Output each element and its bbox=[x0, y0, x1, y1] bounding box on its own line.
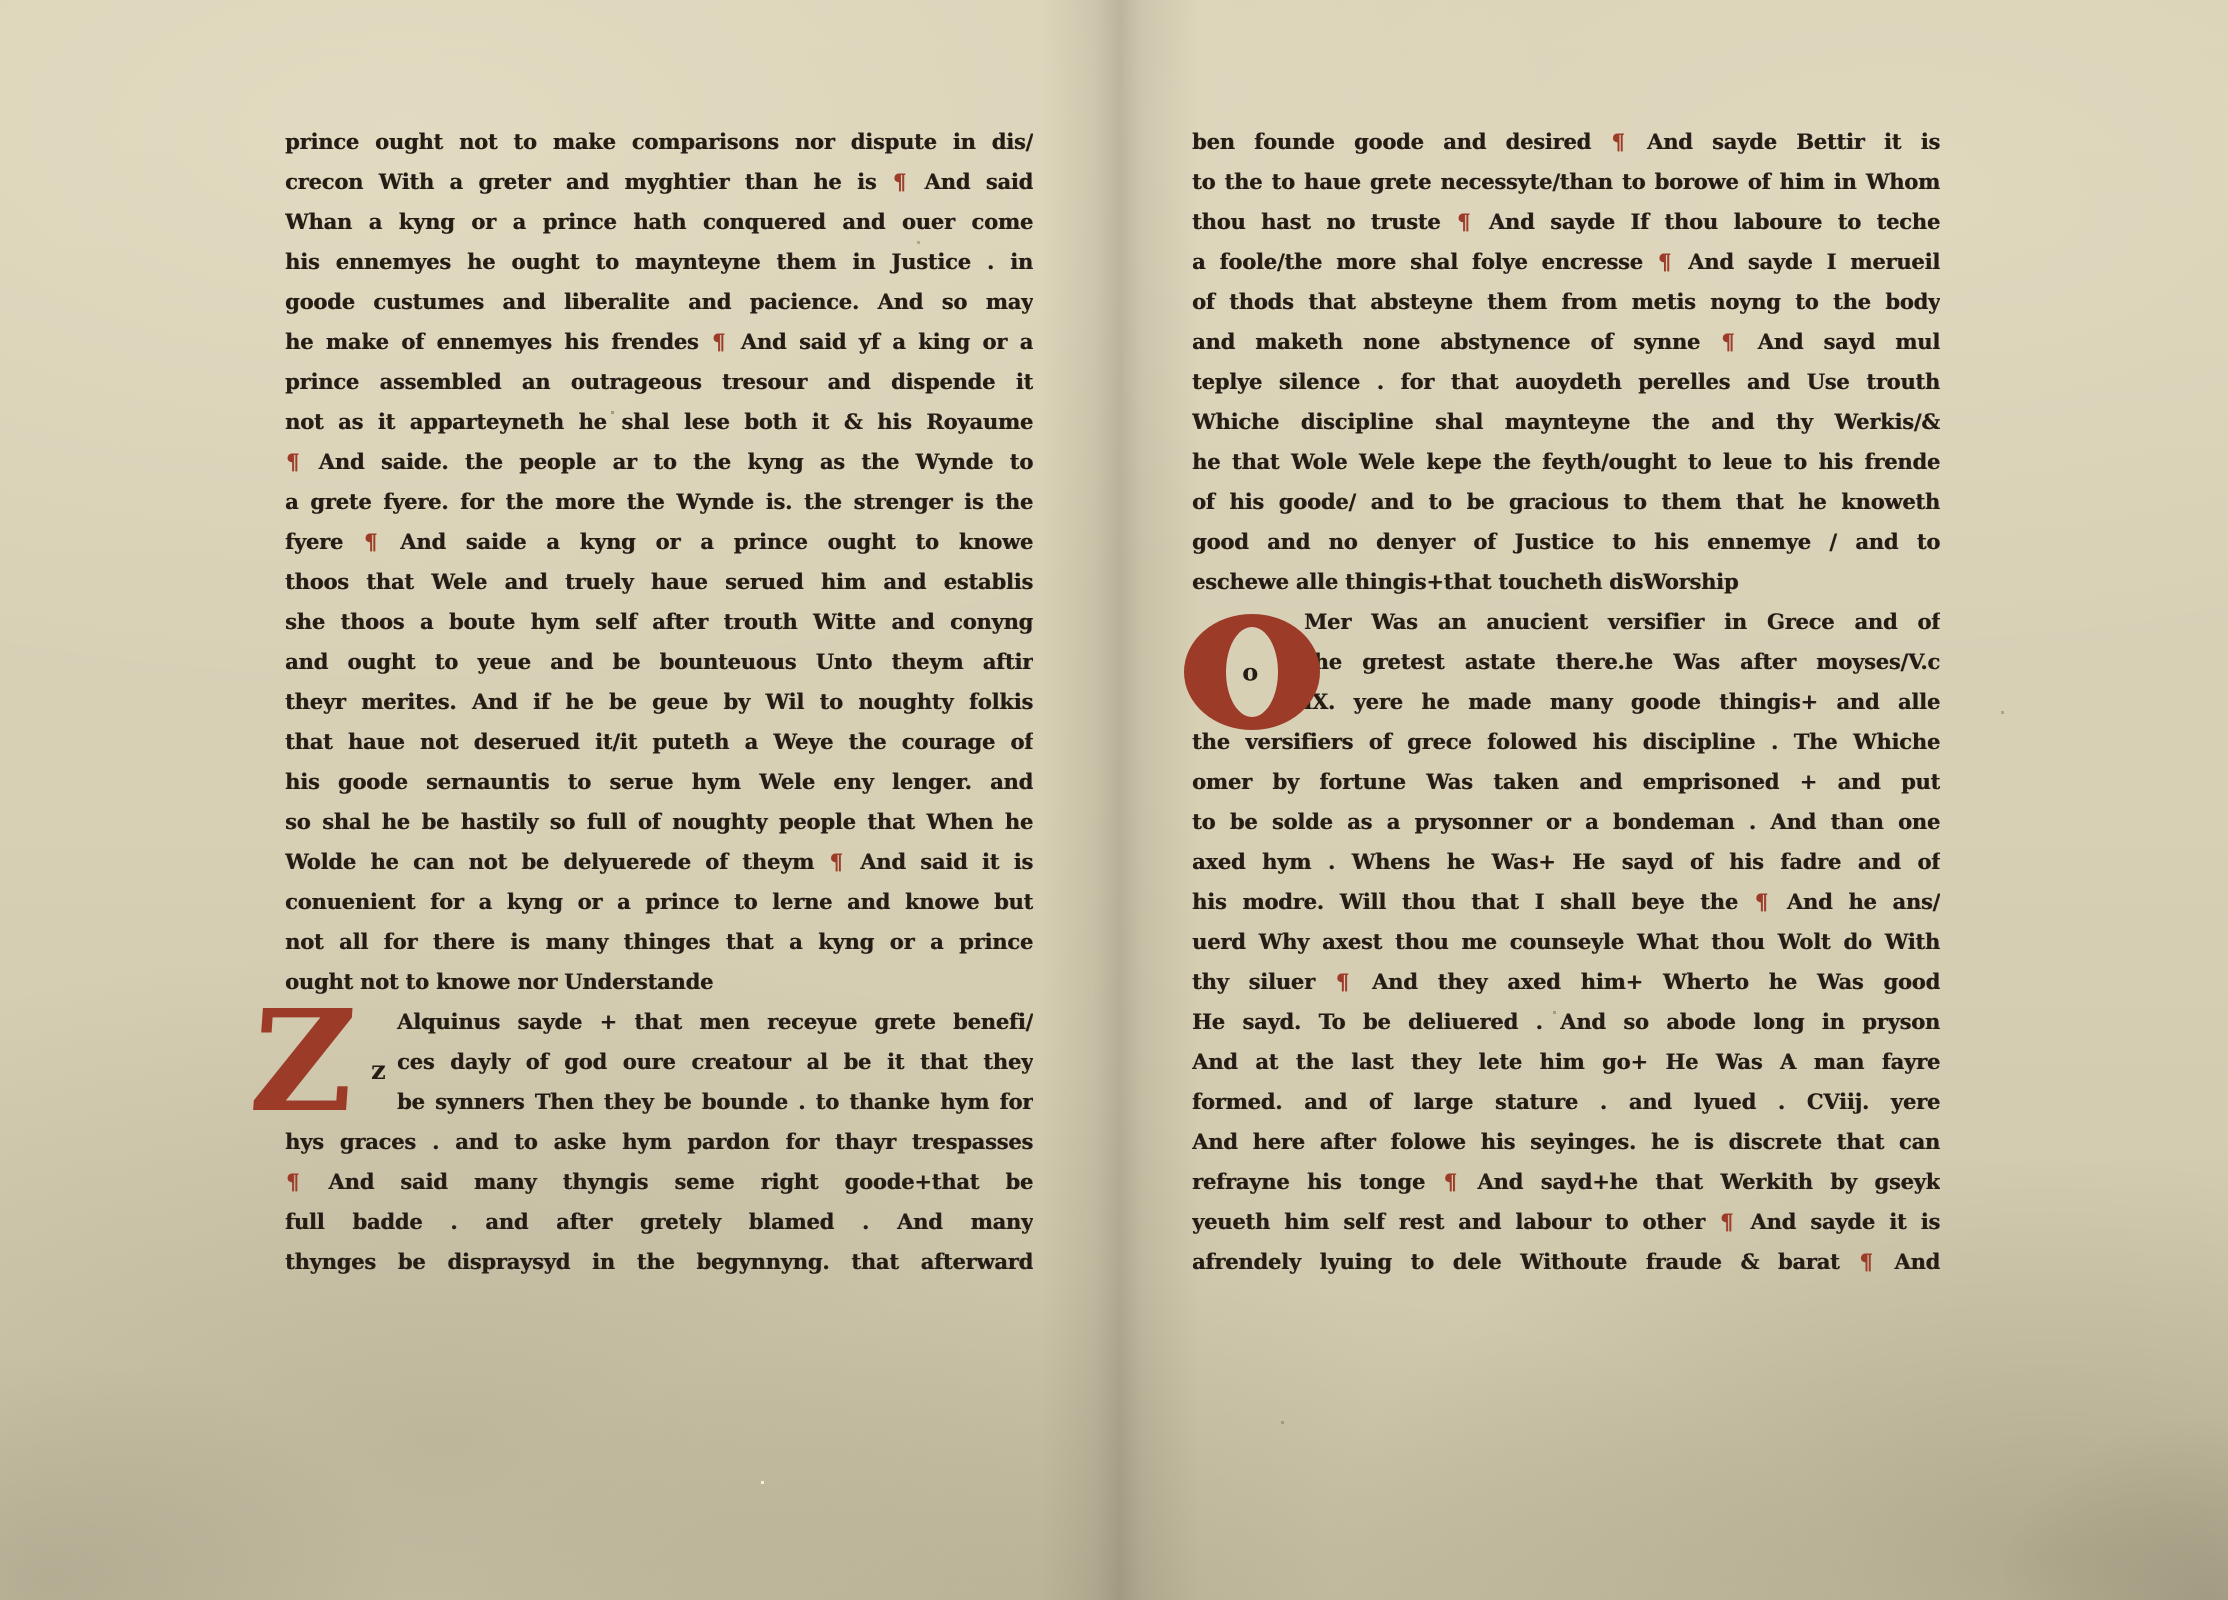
text-line: the versifiers of grece folowed his disc… bbox=[1192, 722, 1940, 762]
paragraph: ZzAlquinus sayde + that men receyue gret… bbox=[285, 1002, 1033, 1282]
text-line: he make of ennemyes his frendes ¶ And sa… bbox=[285, 322, 1033, 362]
text-line: And here after folowe his seyinges. he i… bbox=[1192, 1122, 1940, 1162]
text-line: eschewe alle thingis+that toucheth disWo… bbox=[1192, 562, 1940, 602]
text-line: axed hym . Whens he Was+ He sayd of his … bbox=[1192, 842, 1940, 882]
text-line: she thoos a boute hym self after trouth … bbox=[285, 602, 1033, 642]
text-line: prince assembled an outrageous tresour a… bbox=[285, 362, 1033, 402]
pilcrow-mark: ¶ bbox=[1657, 249, 1674, 274]
pilcrow-mark: ¶ bbox=[285, 1169, 302, 1194]
text-line: He sayd. To be deliuered . And so abode … bbox=[1192, 1002, 1940, 1042]
text-line: thy siluer ¶ And they axed him+ Wherto h… bbox=[1192, 962, 1940, 1002]
pilcrow-mark: ¶ bbox=[1858, 1249, 1875, 1274]
text-line: yeueth him self rest and labour to other… bbox=[1192, 1202, 1940, 1242]
pilcrow-mark: ¶ bbox=[1720, 329, 1737, 354]
text-line: ben founde goode and desired ¶ And sayde… bbox=[1192, 122, 1940, 162]
text-line: Whan a kyng or a prince hath conquered a… bbox=[285, 202, 1033, 242]
text-line: not all for there is many thinges that a… bbox=[285, 922, 1033, 962]
text-line: of thods that absteyne them from metis n… bbox=[1192, 282, 1940, 322]
text-line: good and no denyer of Justice to his enn… bbox=[1192, 522, 1940, 562]
text-line: that haue not deserued it/it puteth a We… bbox=[285, 722, 1033, 762]
text-line: his ennemyes he ought to maynteyne them … bbox=[285, 242, 1033, 282]
text-line: ought not to knowe nor Understande bbox=[285, 962, 1033, 1002]
text-line: theyr merites. And if he be geue by Wil … bbox=[285, 682, 1033, 722]
decorative-initial-o: o bbox=[1184, 614, 1320, 730]
text-line: prince ought not to make comparisons nor… bbox=[285, 122, 1033, 162]
paper-speckles bbox=[0, 0, 1, 1]
text-line: Whiche discipline shal maynteyne the and… bbox=[1192, 402, 1940, 442]
text-line: hys graces . and to aske hym pardon for … bbox=[285, 1122, 1033, 1162]
text-line: refrayne his tonge ¶ And sayd+he that We… bbox=[1192, 1162, 1940, 1202]
text-line: Wolde he can not be delyuerede of theym … bbox=[285, 842, 1033, 882]
text-line: goode custumes and liberalite and pacien… bbox=[285, 282, 1033, 322]
paragraph: prince ought not to make comparisons nor… bbox=[285, 122, 1033, 1002]
guide-letter: o bbox=[1242, 658, 1258, 687]
right-page-text-column: ben founde goode and desired ¶ And sayde… bbox=[1192, 122, 1940, 1282]
text-line: thynges be dispraysyd in the begynnyng. … bbox=[285, 1242, 1033, 1282]
pilcrow-mark: ¶ bbox=[1754, 889, 1771, 914]
paper-stain bbox=[1880, 1330, 2228, 1600]
paragraph: oMer Was an anucient versifier in Grece … bbox=[1192, 602, 1940, 1282]
pilcrow-mark: ¶ bbox=[828, 849, 845, 874]
text-line: his goode sernauntis to serue hym Wele e… bbox=[285, 762, 1033, 802]
book-scan: { "document": { "description": "Open spr… bbox=[0, 0, 2228, 1600]
text-line: and ought to yeue and be bounteuous Unto… bbox=[285, 642, 1033, 682]
text-line: crecon With a greter and myghtier than h… bbox=[285, 162, 1033, 202]
text-line: thoos that Wele and truely haue serued h… bbox=[285, 562, 1033, 602]
text-line: he that Wole Wele kepe the feyth/ought t… bbox=[1192, 442, 1940, 482]
pilcrow-mark: ¶ bbox=[892, 169, 909, 194]
pilcrow-mark: ¶ bbox=[1335, 969, 1352, 994]
text-line: a grete fyere. for the more the Wynde is… bbox=[285, 482, 1033, 522]
text-line: fyere ¶ And saide a kyng or a prince oug… bbox=[285, 522, 1033, 562]
text-line: afrendely lyuing to dele Withoute fraude… bbox=[1192, 1242, 1940, 1282]
guide-letter: z bbox=[371, 1058, 386, 1084]
pilcrow-mark: ¶ bbox=[1456, 209, 1473, 234]
paper-stain bbox=[0, 1240, 620, 1600]
text-line: ¶ And said many thyngis seme right goode… bbox=[285, 1162, 1033, 1202]
text-line: ¶ And saide. the people ar to the kyng a… bbox=[285, 442, 1033, 482]
text-line: of his goode/ and to be gracious to them… bbox=[1192, 482, 1940, 522]
book-gutter-shadow bbox=[1040, 0, 1200, 1600]
text-line: and maketh none abstynence of synne ¶ An… bbox=[1192, 322, 1940, 362]
left-page-text-column: prince ought not to make comparisons nor… bbox=[285, 122, 1033, 1282]
pilcrow-mark: ¶ bbox=[1719, 1209, 1736, 1234]
text-line: to the to haue grete necessyte/than to b… bbox=[1192, 162, 1940, 202]
pilcrow-mark: ¶ bbox=[711, 329, 728, 354]
text-line: thou hast no truste ¶ And sayde If thou … bbox=[1192, 202, 1940, 242]
text-line: teplye silence . for that auoydeth perel… bbox=[1192, 362, 1940, 402]
paragraph: ben founde goode and desired ¶ And sayde… bbox=[1192, 122, 1940, 602]
text-line: omer by fortune Was taken and emprisoned… bbox=[1192, 762, 1940, 802]
text-line: a foole/the more shal folye encresse ¶ A… bbox=[1192, 242, 1940, 282]
text-line: uerd Why axest thou me counseyle What th… bbox=[1192, 922, 1940, 962]
text-line: not as it apparteyneth he shal lese both… bbox=[285, 402, 1033, 442]
pilcrow-mark: ¶ bbox=[285, 449, 302, 474]
pilcrow-mark: ¶ bbox=[1443, 1169, 1460, 1194]
text-line: his modre. Will thou that I shall beye t… bbox=[1192, 882, 1940, 922]
text-line: conuenient for a kyng or a prince to ler… bbox=[285, 882, 1033, 922]
text-line: And at the last they lete him go+ He Was… bbox=[1192, 1042, 1940, 1082]
text-line: full badde . and after gretely blamed . … bbox=[285, 1202, 1033, 1242]
text-line: to be solde as a prysonner or a bondeman… bbox=[1192, 802, 1940, 842]
pilcrow-mark: ¶ bbox=[363, 529, 380, 554]
text-line: formed. and of large stature . and lyued… bbox=[1192, 1082, 1940, 1122]
pilcrow-mark: ¶ bbox=[1610, 129, 1627, 154]
text-line: so shal he be hastily so full of noughty… bbox=[285, 802, 1033, 842]
